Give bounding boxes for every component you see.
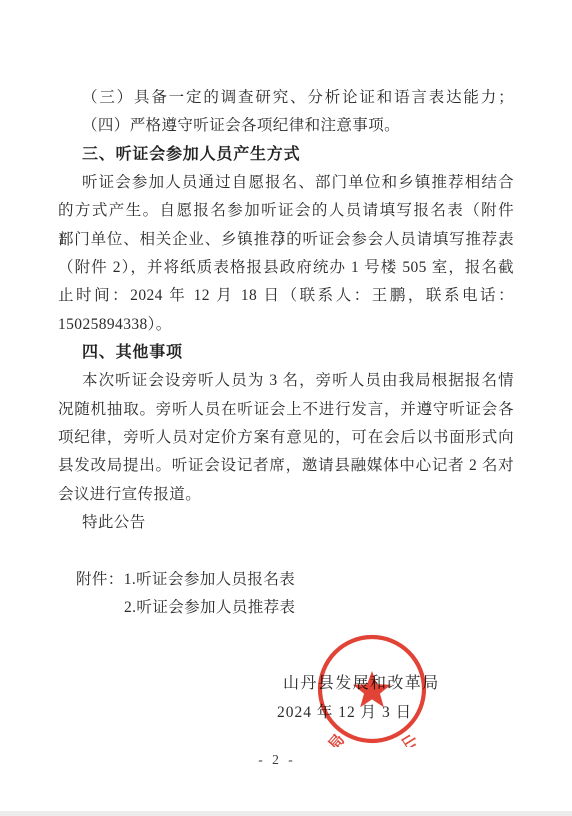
section-heading-3: 三、听证会参加人员产生方式 [58,141,514,169]
text-line: 部门单位、相关企业、乡镇推荐的听证会参会人员请填写推荐表 [58,226,514,254]
text-line: 县发改局提出。听证会设记者席，邀请县融媒体中心记者 2 名对 [58,452,514,480]
text-line: 会议进行宣传报道。 [58,481,514,509]
text-line: 听证会参加人员通过自愿报名、部门单位和乡镇推荐相结合 [58,169,514,197]
document-page: （三）具备一定的调查研究、分析论证和语言表达能力； （四）严格遵守听证会各项纪律… [0,0,572,816]
official-seal: 山丹县发展和改革局 [314,631,430,747]
page-number: - 2 - [232,752,322,768]
text-line: 的方式产生。自愿报名参加听证会的人员请填写报名表（附件 1）， [58,197,514,225]
text-line: （三）具备一定的调查研究、分析论证和语言表达能力； [58,84,514,112]
seal-text-path: 山丹县发展和改革局 [318,726,426,747]
text-line: 止时间：2024 年 12 月 18 日（联系人：王鹏，联系电话： [58,282,514,310]
seal-text: 山丹县发展和改革局 [318,726,426,747]
scan-edge-artifact [0,811,572,816]
text-line: 况随机抽取。旁听人员在听证会上不进行发言，并遵守听证会各 [58,396,514,424]
attachment-line-1: 附件：1.听证会参加人员报名表 [58,566,514,594]
attachment-line-2: 2.听证会参加人员推荐表 [58,594,514,622]
text-line: （附件 2），并将纸质表格报县政府统办 1 号楼 505 室，报名截 [58,254,514,282]
section-heading-4: 四、其他事项 [58,339,514,367]
text-line: 项纪律，旁听人员对定价方案有意见的，可在会后以书面形式向 [58,424,514,452]
document-body: （三）具备一定的调查研究、分析论证和语言表达能力； （四）严格遵守听证会各项纪律… [58,84,514,623]
seal-star [353,671,391,707]
closing-line: 特此公告 [58,509,514,537]
text-line: 15025894338）。 [58,311,514,339]
text-line: （四）严格遵守听证会各项纪律和注意事项。 [58,112,514,140]
text-line: 本次听证会设旁听人员为 3 名，旁听人员由我局根据报名情 [58,367,514,395]
